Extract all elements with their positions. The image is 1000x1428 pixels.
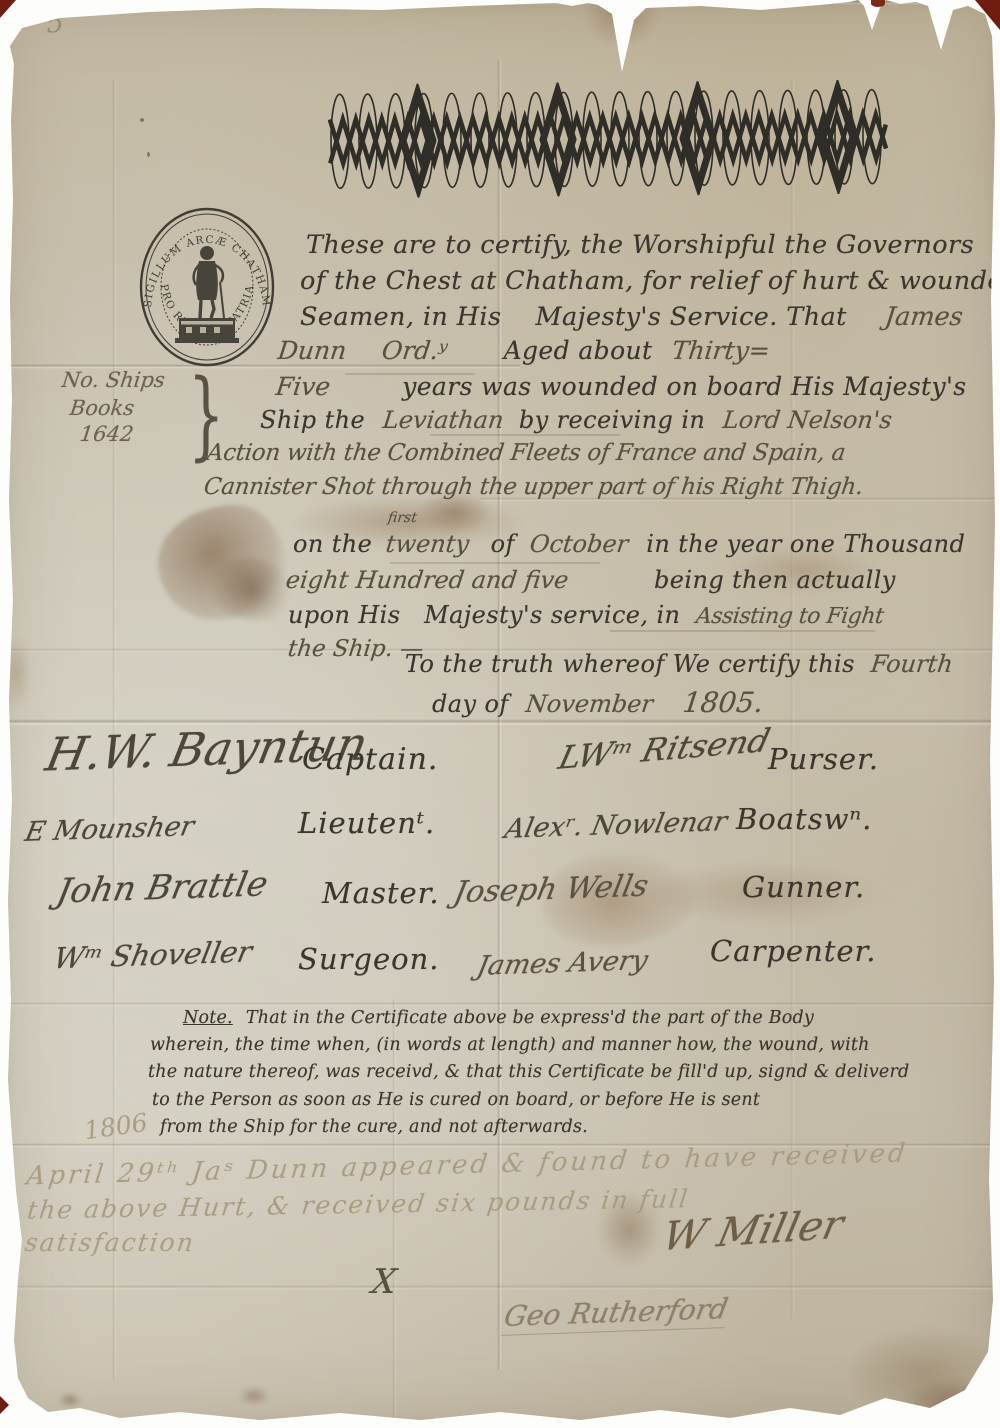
title-carpenter: Carpenter. (710, 934, 876, 968)
fold-crease (0, 0, 1000, 5)
parchment-paper: 5 · SIGILLUM ARCÆ CHATHAM · · PRO REGE E… (0, 0, 1000, 1428)
red-backing-corner (0, 0, 16, 18)
note-line: to the Person as soon as He is cured on … (152, 1090, 760, 1110)
signature-master: John Brattle (53, 864, 271, 911)
inserted-word: first (387, 510, 418, 526)
certificate-line: Action with the Combined Fleets of Franc… (205, 440, 846, 466)
title-master: Master. (322, 876, 440, 910)
handwritten-text: October (529, 530, 631, 558)
certificate-line: Dunn Ord.ʸ Aged about Thirty= (278, 336, 770, 365)
handwritten-text: 1805. (681, 686, 765, 719)
title-boatswain: Boatswⁿ. (736, 802, 872, 836)
attestation-line: day of November 1805. (432, 686, 763, 719)
stain-mark (586, 0, 658, 46)
ink-speck (140, 118, 144, 122)
printed-text: on the (293, 530, 372, 558)
signature-purser: LWᵐ Ritsend (555, 721, 774, 777)
note-line: Note. That in the Certificate above be e… (183, 1008, 814, 1028)
note-text: That in the Certificate above be express… (246, 1008, 814, 1028)
ink-speck (147, 152, 150, 157)
handwritten-text: eight Hundred and five (284, 566, 570, 594)
printed-text: of (491, 530, 515, 558)
printed-text: Seamen, in His (300, 302, 501, 332)
handwritten-text: Dunn (276, 336, 348, 365)
handwritten-text: twenty (384, 530, 471, 558)
certificate-line: Cannister Shot through the upper part of… (202, 474, 864, 500)
certificate-line: Ship the Leviathan by receiving in Lord … (260, 406, 892, 434)
endorsement-line: the above Hurt, & received six pounds in… (25, 1184, 691, 1225)
endorsement-year: 1806 (82, 1108, 149, 1146)
blank-rule (390, 562, 600, 564)
printed-text: day of (432, 690, 509, 718)
red-backing-speck (871, 0, 885, 7)
signature-carpenter: James Avery (474, 945, 650, 982)
handwritten-text: Fourth (869, 650, 954, 678)
note-line: from the Ship for the cure, and not afte… (160, 1117, 588, 1137)
signature-boatswain: Alexʳ. Nowlenar (502, 806, 730, 845)
signature-lieutenant: E Mounsher (22, 811, 196, 848)
signature-surgeon: Wᵐ Shoveller (51, 935, 255, 976)
calligraphic-flourish-band (328, 80, 889, 199)
printed-text: To the truth whereof We certify this (405, 650, 855, 678)
seal-figure-sailor-on-chest (175, 246, 239, 343)
note-label: Note. (183, 1008, 233, 1028)
printed-text: Ship the (260, 406, 365, 434)
attestation-line: To the truth whereof We certify this Fou… (405, 650, 952, 678)
handwritten-text: Assisting to Fight (694, 604, 884, 629)
endorsement-line: satisfaction (23, 1228, 197, 1257)
printed-text: by receiving in (519, 406, 705, 434)
certificate-line: These are to certify, the Worshipful the… (306, 230, 974, 260)
handwritten-text: Leviathan (381, 406, 505, 434)
printed-text: in the year one Thousand (646, 530, 965, 558)
handwritten-text: November (525, 690, 655, 718)
stain-mark (903, 1378, 1000, 1428)
certificate-line: Seamen, in His Majesty's Service. That J… (300, 302, 963, 332)
certificate-line: eight Hundred and five being then actual… (286, 566, 896, 594)
certificate-line: on the twenty of October in the year one… (293, 530, 965, 558)
note-line: wherein, the time when, (in words at len… (150, 1035, 870, 1055)
cross-mark: X (370, 1262, 399, 1302)
title-surgeon: Surgeon. (298, 942, 440, 976)
printed-text: upon His (288, 601, 400, 629)
blank-rule (430, 434, 620, 436)
handwritten-text: Five (274, 372, 332, 401)
red-backing-speck (0, 1396, 9, 1414)
signature-clerk: Geo Rutherford (501, 1292, 730, 1336)
printed-text: being then actually (654, 566, 896, 594)
chatham-chest-seal: · SIGILLUM ARCÆ CHATHAM · · PRO REGE ET … (133, 203, 281, 371)
blank-rule (610, 630, 875, 632)
page-number-mark: 5 (44, 5, 65, 40)
stain-mark (58, 1392, 82, 1408)
printed-text: Aged about (504, 336, 653, 365)
printed-text: Majesty's Service. That (536, 302, 847, 332)
margin-note-line: No. Ships (61, 368, 167, 392)
printed-text: Majesty's service, in (424, 601, 680, 629)
margin-note-line: Books (69, 396, 136, 420)
signature-gunner: Joseph Wells (451, 869, 651, 911)
certificate-line: upon His Majesty's service, in Assisting… (288, 601, 883, 629)
title-lieutenant: Lieutenᵗ. (298, 806, 435, 840)
note-line: the nature thereof, was receivd, & that … (148, 1062, 909, 1082)
handwritten-text: Ord.ʸ (381, 336, 450, 365)
title-captain: Captain. (302, 742, 438, 777)
handwritten-text: Lord Nelson's (721, 406, 893, 434)
margin-note-line: 1642 (79, 422, 135, 446)
title-purser: Purser. (768, 742, 879, 776)
stain-mark (238, 1386, 270, 1406)
handwritten-text: Thirty= (671, 336, 772, 365)
title-gunner: Gunner. (742, 870, 865, 904)
handwritten-text: James (883, 302, 964, 332)
certificate-line: of the Chest at Chatham, for relief of h… (300, 266, 1000, 296)
certificate-line: Five years was wounded on board His Maje… (276, 372, 967, 401)
printed-text: years was wounded on board His Majesty's (402, 372, 966, 401)
scanned-certificate: 5 · SIGILLUM ARCÆ CHATHAM · · PRO REGE E… (0, 0, 1000, 1428)
